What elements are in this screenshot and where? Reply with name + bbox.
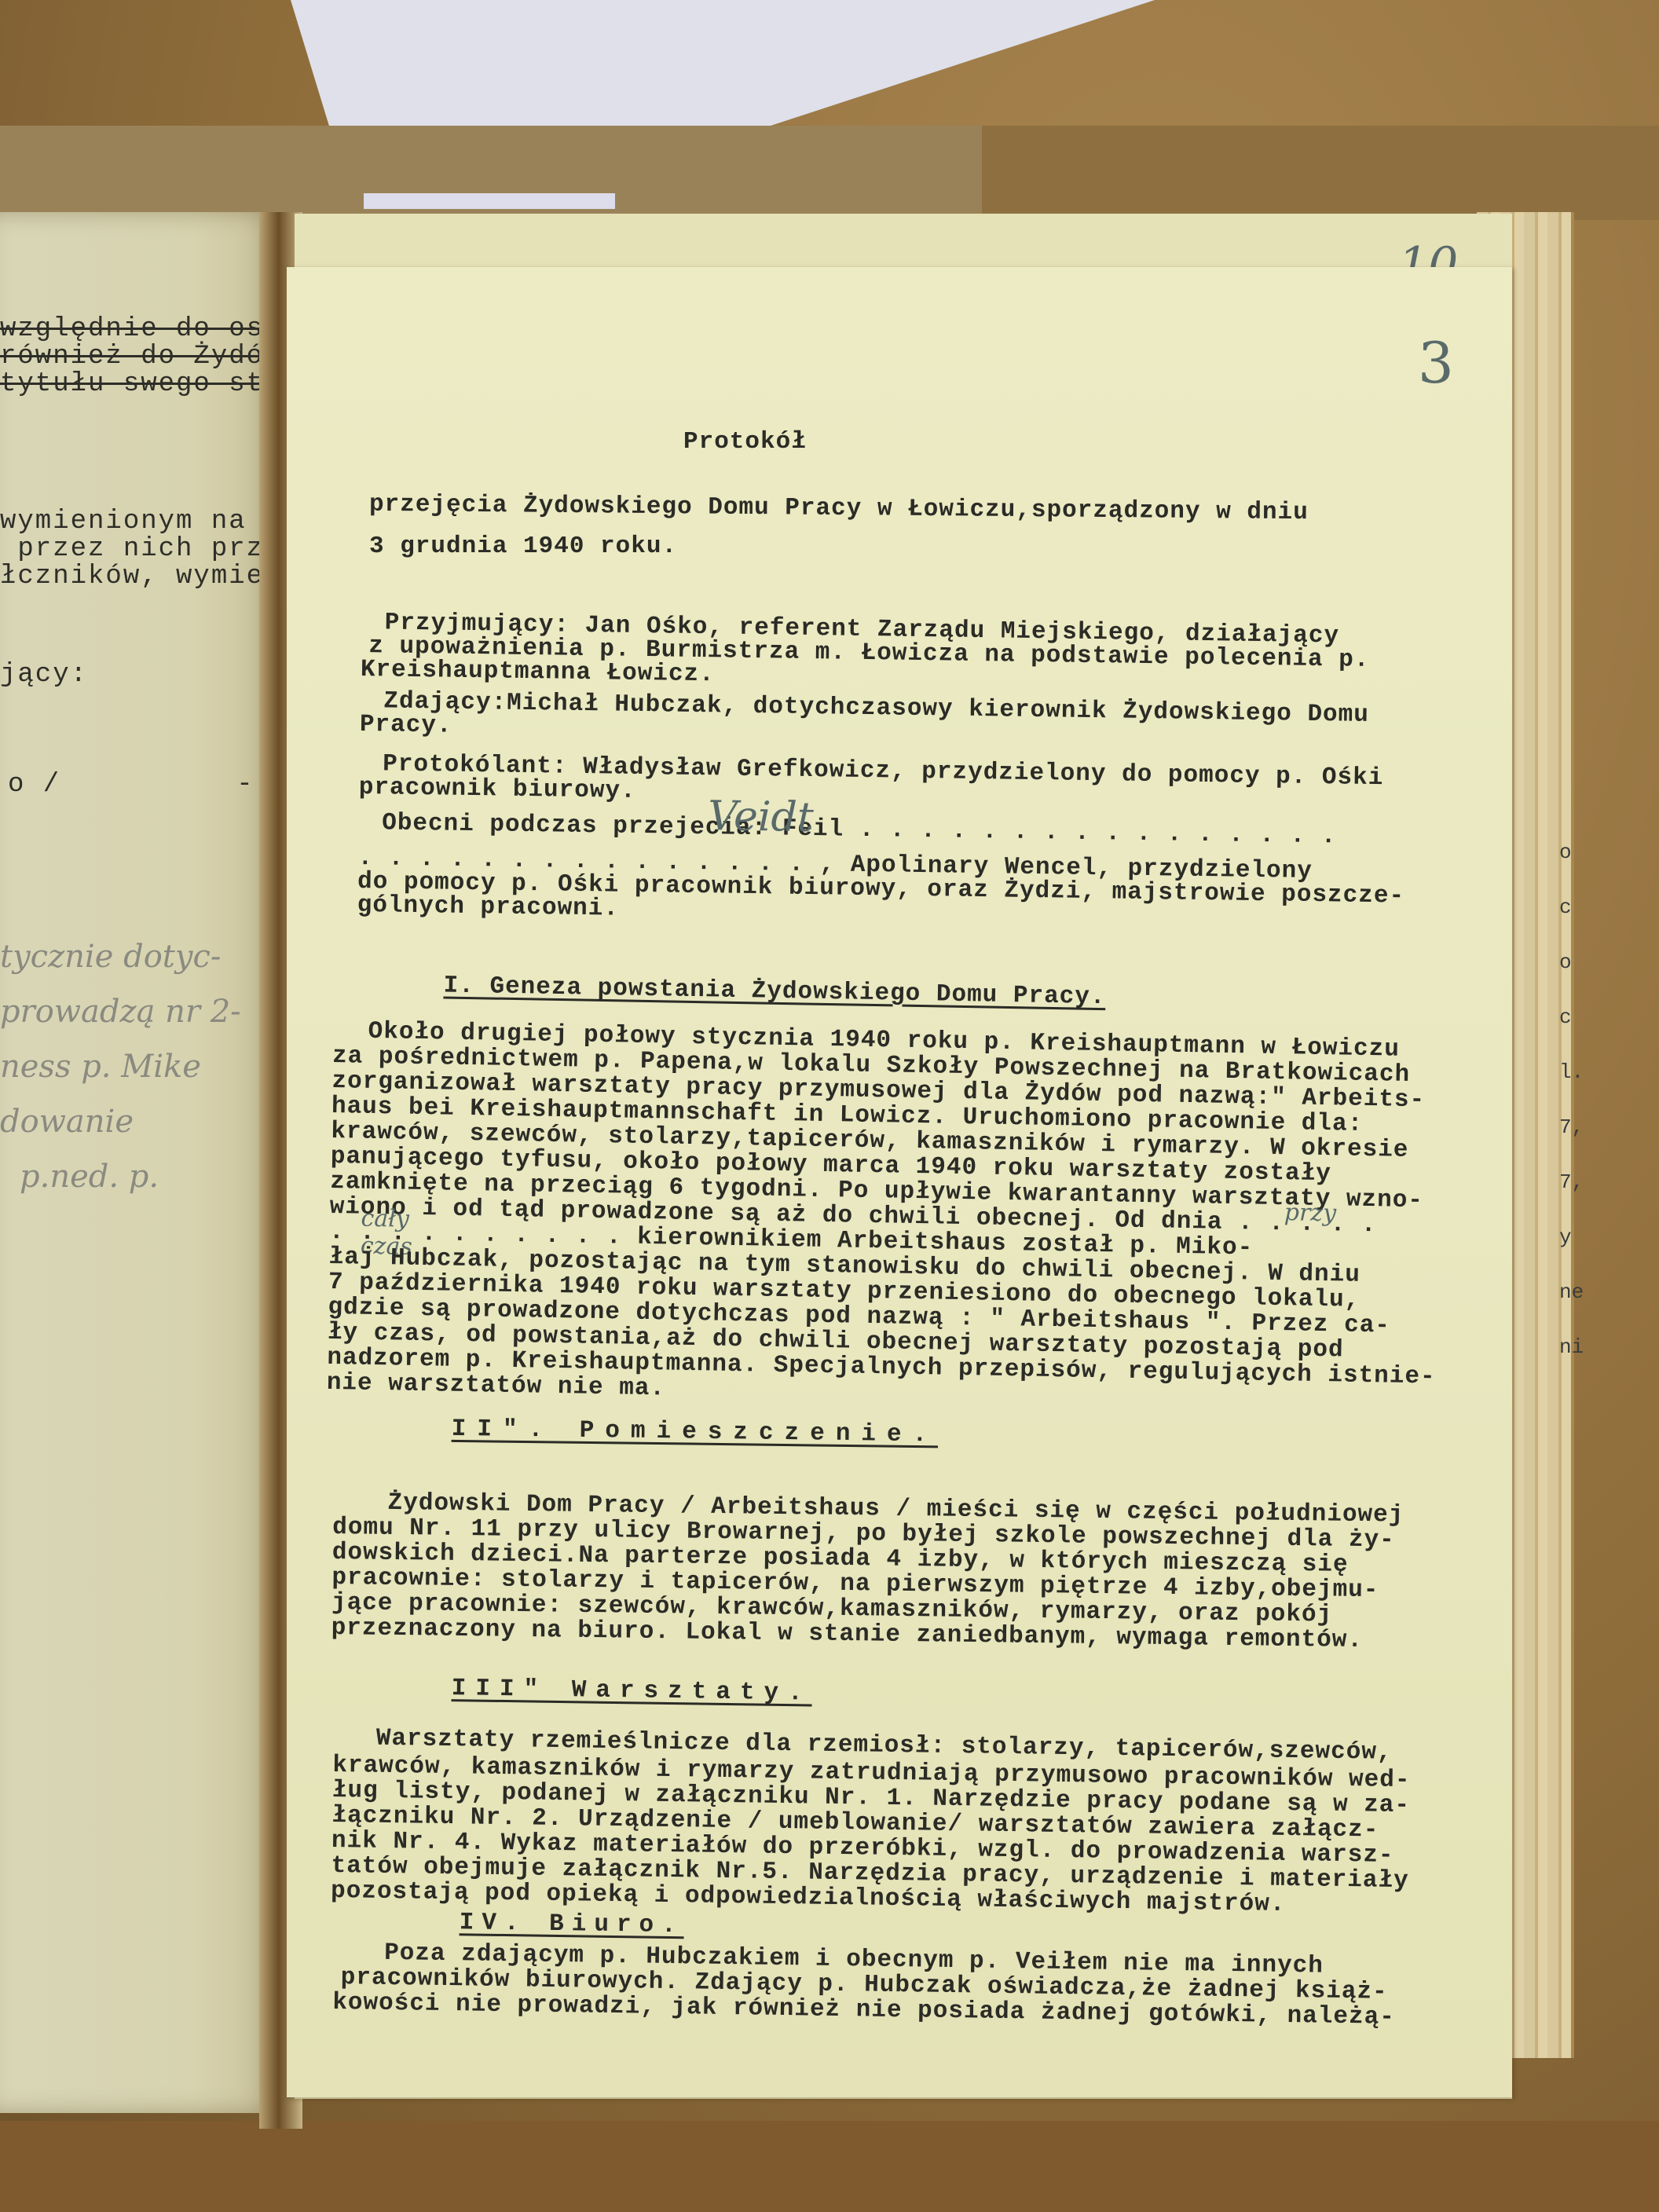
- document-page: 3 Protokół przejęcia Żydowskiego Domu Pr…: [287, 267, 1512, 2097]
- party-line: gólnych pracowni.: [357, 892, 619, 923]
- page-number: 3: [1418, 330, 1454, 396]
- section-heading: IV. Biuro.: [459, 1909, 683, 1939]
- section-heading: III" Warsztaty.: [451, 1675, 811, 1707]
- document-date: 3 grudnia 1940 roku.: [369, 533, 677, 560]
- left-struck-line: względnie do osób: [0, 314, 299, 344]
- stack-edge-marks: o c o c l. 7, 7, y ne ni: [1559, 825, 1591, 1375]
- pencil-note: p.ned. p.: [20, 1159, 159, 1195]
- left-struck-line: tytułu swego sta: [0, 369, 281, 399]
- edge-mark: y: [1559, 1210, 1591, 1265]
- handwritten-correction: Veidt: [708, 793, 814, 841]
- edge-mark: o: [1559, 825, 1591, 880]
- pencil-note: dowanie: [0, 1104, 134, 1140]
- left-struck-line: również do Żydów: [0, 342, 281, 372]
- left-page: względnie do osób również do Żydów tytuł…: [0, 212, 279, 2113]
- party-line: Kreishauptmanna Łowicz.: [361, 656, 715, 688]
- left-typed-line: przez nich przy-: [0, 534, 299, 564]
- edge-mark: ni: [1559, 1320, 1591, 1375]
- pencil-note: tycznie dotyc-: [0, 939, 221, 975]
- document-title: Protokół: [683, 428, 807, 456]
- edge-mark: l.: [1559, 1045, 1591, 1100]
- pencil-note: prowadzą nr 2-: [0, 994, 241, 1030]
- folder-bottom: [0, 2121, 1659, 2212]
- paper-tab: [364, 193, 615, 209]
- party-line: pracownik biurowy.: [359, 774, 636, 805]
- edge-mark: c: [1559, 880, 1591, 935]
- folder-board-right: [982, 126, 1659, 220]
- pencil-note: ness p. Mike: [0, 1049, 201, 1085]
- section-line: nie warsztatów nie ma.: [327, 1369, 666, 1403]
- edge-mark: 7,: [1559, 1100, 1591, 1155]
- section-heading: I. Geneza powstania Żydowskiego Domu Pra…: [443, 972, 1105, 1011]
- section-heading: II". Pomieszczenie.: [452, 1415, 939, 1449]
- edge-mark: 7,: [1559, 1155, 1591, 1210]
- document-subtitle: przejęcia Żydowskiego Domu Pracy w Łowic…: [369, 491, 1309, 526]
- party-line: Zdający:Michał Hubczak, dotychczasowy ki…: [383, 687, 1369, 729]
- left-typed-line: jący:: [0, 660, 88, 690]
- left-typed-line: o / -: [8, 770, 255, 800]
- handwritten-note: przy: [1284, 1199, 1336, 1227]
- edge-mark: ne: [1559, 1265, 1591, 1320]
- party-line: Obecni podczas przejecia: Feil . . . . .…: [382, 809, 1337, 850]
- party-line: Pracy.: [360, 711, 452, 740]
- edge-mark: o: [1559, 935, 1591, 990]
- edge-mark: c: [1559, 990, 1591, 1045]
